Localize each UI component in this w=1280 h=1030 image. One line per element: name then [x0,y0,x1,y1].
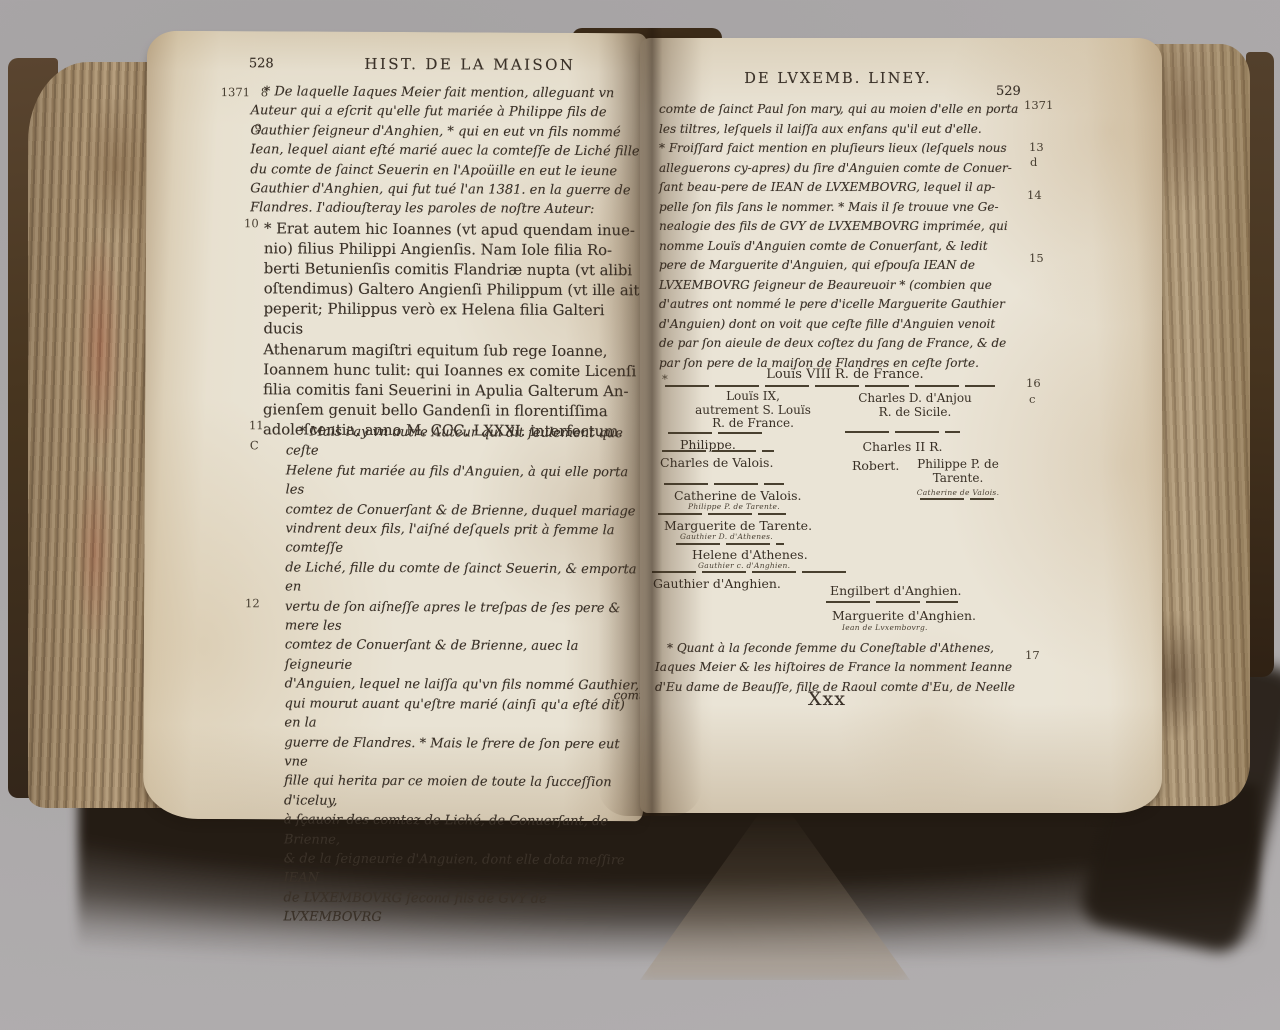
genealogy-robert: Robert. [852,458,899,473]
genealogy-charles-de-valois: Charles de Valois. [660,455,773,470]
genealogy-marguerite-de-tarente: Marguerite de Tarente. [664,518,812,533]
margin-note-15: 15 [1029,251,1044,265]
margin-note-table-mark: * [662,372,668,386]
genealogy-gauthier-anghien: Gauthier d'Anghien. [653,576,781,591]
margin-note-sig-c: c [1029,392,1035,406]
genealogy-rule [665,385,995,387]
margin-note-14: 14 [1027,188,1042,202]
margin-note-16: 16 [1026,376,1041,390]
margin-note-sig-c: C [250,438,259,452]
margin-note-11: 11 [249,418,264,432]
genealogy-rule [826,601,958,603]
left-paragraph-french-2: * Mais i'ay vn autre Auteur qui dit ſeul… [283,422,645,928]
genealogy-rule [676,543,784,545]
right-page: DE LVXEMB. LINEY. 529 1371 13 d 14 15 16… [640,38,1162,813]
genealogy-rule [662,450,774,452]
margin-note-year-1371: 1371 [221,85,250,99]
margin-note-13: 13 [1029,140,1044,154]
left-page: 528 HIST. DE LA MAISON 1371 8 9 10 11 C … [143,31,647,822]
left-running-title: HIST. DE LA MAISON [359,55,581,74]
genealogy-philippe-tarente-spouse: Catherine de Valois. [914,488,1002,497]
right-page-number: 529 [996,84,1021,99]
genealogy-rule [668,432,768,434]
margin-note-year-1371: 1371 [1024,98,1053,112]
margin-note-sig-d: d [1030,155,1037,169]
left-paragraph-latin: * Erat autem hic Ioannes (vt apud quenda… [263,219,646,442]
genealogy-charles-anjou: Charles D. d'Anjou R. de Sicile. [840,391,990,419]
genealogy-engilbert-anghien: Engilbert d'Anghien. [830,583,962,598]
left-paragraph-french-1: * De laquelle Iaques Meier fait mention,… [250,82,640,220]
genealogy-helene-athenes: Helene d'Athenes. [692,547,808,562]
genealogy-charles-ii: Charles II R. [845,439,960,454]
right-leather-cover [1246,52,1274,677]
genealogy-rule [920,498,994,500]
right-running-title: DE LVXEMB. LINEY. [733,71,943,87]
genealogy-marguerite-anghien: Marguerite d'Anghien. [832,608,976,623]
signature-mark: Xxx [808,688,846,710]
genealogy-rule [652,571,847,573]
genealogy-helene-athenes-spouse: Gauthier c. d'Anghien. [698,561,790,570]
right-paragraph-french-1: comte de ſainct Paul ſon mary, qui au mo… [659,100,1018,373]
genealogy-catherine-de-valois: Catherine de Valois. [674,488,802,503]
genealogy-philippe-tarente: Philippe P. de Tarente. [912,458,1004,485]
genealogy-marguerite-de-tarente-spouse: Gauthier D. d'Athenes. [680,532,773,541]
margin-note-12: 12 [245,596,260,610]
genealogy-catherine-de-valois-spouse: Philippe P. de Tarente. [688,502,780,511]
genealogy-root: Louïs VIII R. de France. [730,367,960,382]
left-page-number: 528 [249,56,274,71]
genealogy-rule [845,431,960,433]
genealogy-marguerite-anghien-spouse: Iean de Lvxembovrg. [842,623,928,632]
genealogy-rule [664,483,784,485]
genealogy-rule [658,513,786,515]
genealogy-louis-ix: Louïs IX, autrement S. Louïs R. de Franc… [668,390,838,431]
margin-note-10: 10 [244,216,259,230]
margin-note-17: 17 [1025,648,1040,662]
